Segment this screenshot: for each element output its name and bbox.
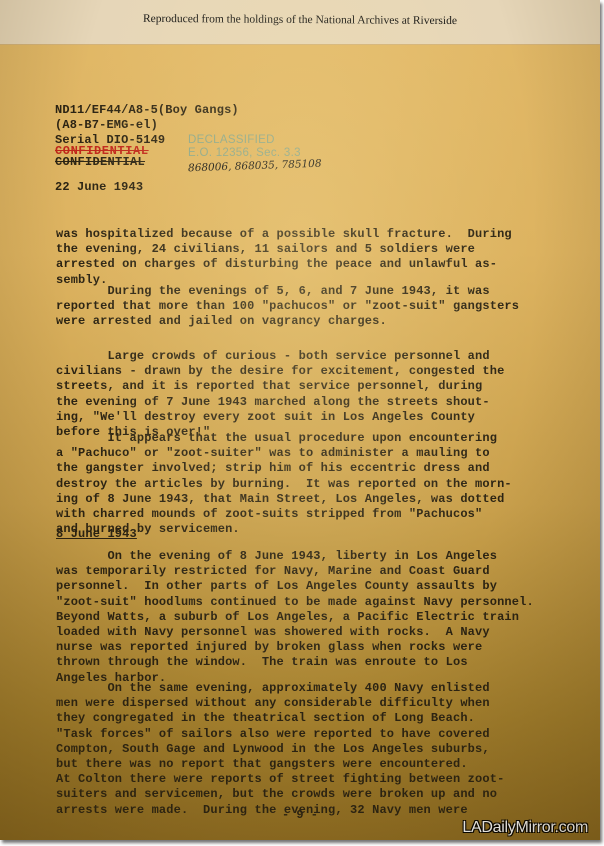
section-heading: 8 June 1943 <box>56 527 137 541</box>
paragraph-5: On the evening of 8 June 1943, liberty i… <box>56 549 534 686</box>
document-date: 22 June 1943 <box>55 180 143 195</box>
declassified-stamp: DECLASSIFIED E.O. 12356, Sec. 3.3 <box>188 134 301 160</box>
stamp-line-1: DECLASSIFIED <box>188 134 301 147</box>
paragraph-1: was hospitalized because of a possible s… <box>56 227 512 288</box>
paragraph-6: On the same evening, approximately 400 N… <box>56 681 504 818</box>
paragraph-4: It appears that the usual procedure upon… <box>56 431 512 537</box>
watermark: LADailyMirror.com <box>462 819 588 837</box>
paragraph-2: During the evenings of 5, 6, and 7 June … <box>56 284 519 330</box>
document-page: Reproduced from the holdings of the Nati… <box>0 0 600 840</box>
paragraph-3: Large crowds of curious - both service p… <box>56 349 504 440</box>
handwritten-reference-numbers: 868006, 868035, 785108 <box>188 158 322 175</box>
classification-struck-typed: CONFIDENTIAL <box>55 155 145 169</box>
